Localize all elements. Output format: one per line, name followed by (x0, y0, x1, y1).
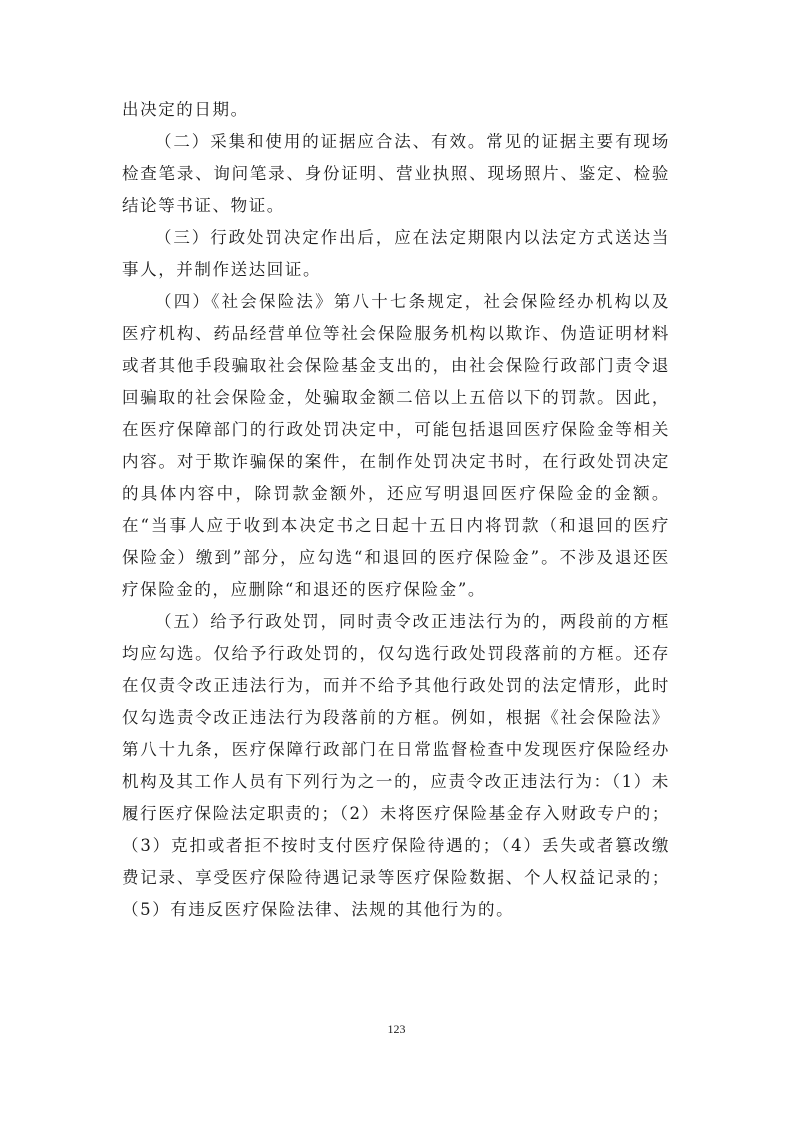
paragraph-continuation: 出决定的日期。 (122, 94, 670, 126)
page-number: 123 (0, 1022, 793, 1037)
paragraph-penalty-checkbox: （五）给予行政处罚，同时责令改正违法行为的，两段前的方框均应勾选。仅给予行政处罚… (122, 606, 670, 926)
document-body: 出决定的日期。 （二）采集和使用的证据应合法、有效。常见的证据主要有现场检查笔录… (122, 94, 670, 926)
paragraph-evidence: （二）采集和使用的证据应合法、有效。常见的证据主要有现场检查笔录、询问笔录、身份… (122, 126, 670, 222)
paragraph-delivery: （三）行政处罚决定作出后，应在法定期限内以法定方式送达当事人，并制作送达回证。 (122, 222, 670, 286)
paragraph-social-insurance-law-87: （四）《社会保险法》第八十七条规定，社会保险经办机构以及医疗机构、药品经营单位等… (122, 286, 670, 606)
